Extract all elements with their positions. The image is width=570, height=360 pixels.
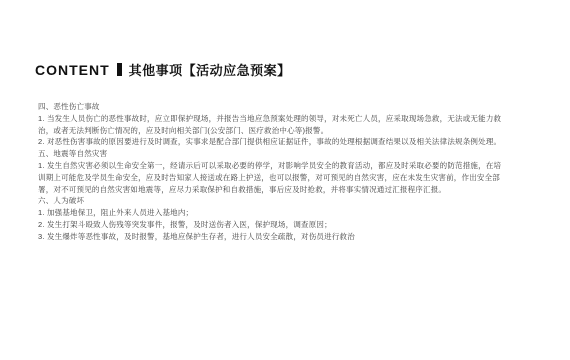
body-text-line: 训期上可能危及学员生命安全，应及时告知家人接送或在路上护送，也可以报警，对可预见…	[38, 172, 543, 184]
body-text-line: 1. 加强基地保卫，阻止外来人员进入基地内；	[38, 207, 543, 219]
body-text-line: 六、人为破坏	[38, 195, 543, 207]
title-section-label: 其他事项【活动应急预案】	[129, 60, 291, 79]
body-text-line: 1. 当发生人员伤亡的恶性事故时，应立即保护现场，并报告当地应急预案处理的领导，…	[38, 113, 543, 125]
document-body: 四、恶性伤亡事故 1. 当发生人员伤亡的恶性事故时，应立即保护现场，并报告当地应…	[38, 101, 543, 243]
body-text-line: 2. 发生打架斗殴致人伤残等突发事件，报警，及时送伤者入医，保护现场，调查原因；	[38, 219, 543, 231]
body-text-line: 署，对不可预见的自然灾害如地震等，应尽力采取保护和自救措施，事后应及时抢救，并将…	[38, 184, 543, 196]
slide-page: CONTENT 其他事项【活动应急预案】 四、恶性伤亡事故 1. 当发生人员伤亡…	[0, 0, 570, 360]
page-title: CONTENT 其他事项【活动应急预案】	[35, 60, 291, 79]
body-text-line: 2. 对恶性伤害事故的原因要进行及时调查，实事求是配合部门提供相应证据证件，事故…	[38, 136, 543, 148]
body-text-line: 五、地震等自然灾害	[38, 148, 543, 160]
title-prefix-label: CONTENT	[35, 62, 110, 78]
body-text-line: 四、恶性伤亡事故	[38, 101, 543, 113]
body-text-line: 3. 发生爆炸等恶性事故，及时报警，基地应保护生存者，进行人员安全疏散，对伤员进…	[38, 231, 543, 243]
body-text-line: 1. 发生自然灾害必须以生命安全第一，经请示后可以采取必要的停学，对影响学员安全…	[38, 160, 543, 172]
title-divider-bar-icon	[117, 63, 122, 76]
body-text-line: 治，或者无法判断伤亡情况的，应及时向相关部门(公安部门、医疗救治中心等)报警。	[38, 125, 543, 137]
